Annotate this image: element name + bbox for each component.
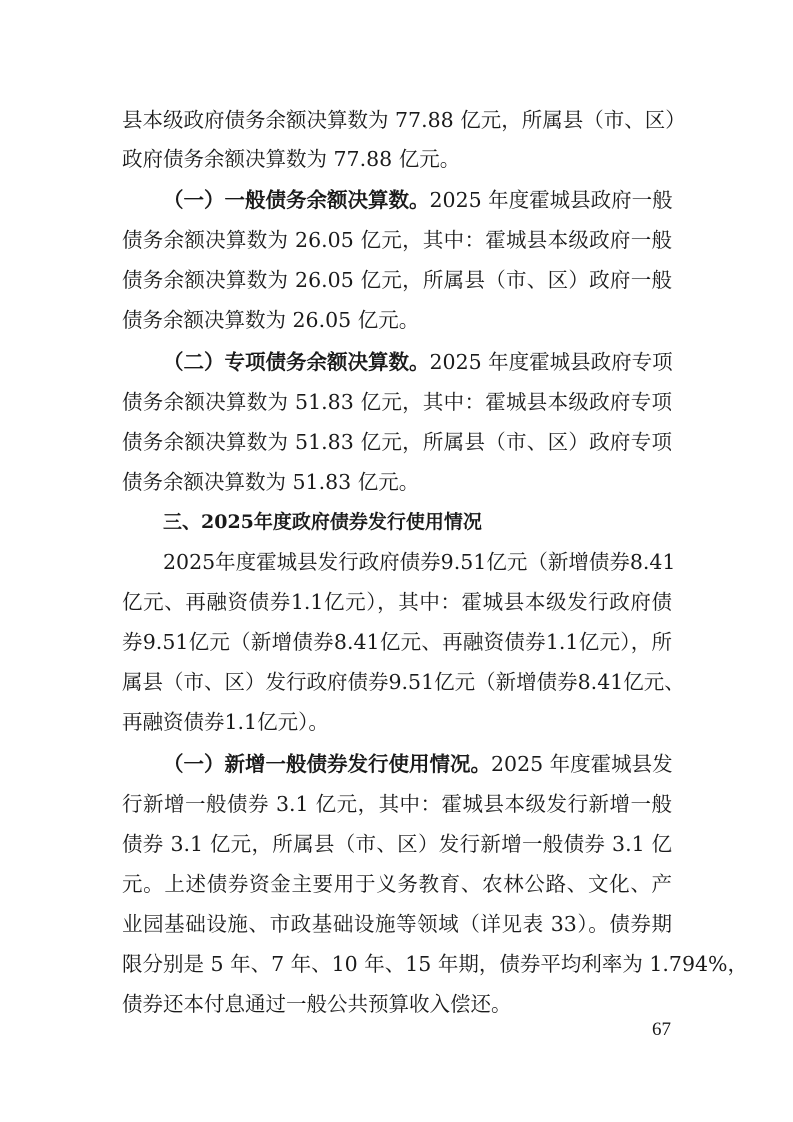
paragraph-line: 限分别是 5 年、7 年、10 年、15 年期，债券平均利率为 1.794%， (122, 950, 672, 978)
subsection-text: 2025 年度霍城县政府专项 (430, 350, 673, 374)
paragraph-line: 债务余额决算数为 51.83 亿元，所属县（市、区）政府专项 (122, 428, 672, 456)
paragraph-line: 债务余额决算数为 26.05 亿元，所属县（市、区）政府一般 (122, 266, 672, 294)
page-number: 67 (652, 1017, 671, 1043)
paragraph-line: 业园基础设施、市政基础设施等领域（详见表 33）。债券期 (122, 910, 672, 938)
paragraph-line: 债务余额决算数为 26.05 亿元，其中：霍城县本级政府一般 (122, 226, 672, 254)
document-page: 县本级政府债务余额决算数为 77.88 亿元，所属县（市、区） 政府债务余额决算… (0, 0, 793, 1122)
subsection-line: （一）新增一般债券发行使用情况。2025 年度霍城县发 (163, 750, 672, 778)
subsection-title-general-debt-balance: （一）一般债务余额决算数。 (163, 188, 430, 212)
paragraph-line: 券9.51亿元（新增债券8.41亿元、再融资债券1.1亿元），所 (122, 628, 672, 656)
subsection-line: （一）一般债务余额决算数。2025 年度霍城县政府一般 (163, 186, 672, 214)
subsection-line: （二）专项债务余额决算数。2025 年度霍城县政府专项 (163, 348, 672, 376)
paragraph-line: 再融资债券1.1亿元）。 (122, 708, 672, 736)
paragraph-line: 2025年度霍城县发行政府债券9.51亿元（新增债券8.41 (163, 548, 672, 576)
paragraph-line: 债务余额决算数为 51.83 亿元。 (122, 468, 672, 496)
subsection-title-special-debt-balance: （二）专项债务余额决算数。 (163, 350, 430, 374)
subsection-title-new-general-bonds: （一）新增一般债券发行使用情况。 (163, 752, 491, 776)
paragraph-line: 属县（市、区）发行政府债券9.51亿元（新增债券8.41亿元、 (122, 668, 672, 696)
subsection-text: 2025 年度霍城县发 (491, 752, 673, 776)
paragraph-line: 债券 3.1 亿元，所属县（市、区）发行新增一般债券 3.1 亿 (122, 830, 672, 858)
paragraph-line: 政府债务余额决算数为 77.88 亿元。 (122, 145, 672, 173)
paragraph-line: 行新增一般债券 3.1 亿元，其中：霍城县本级发行新增一般 (122, 790, 672, 818)
paragraph-line: 县本级政府债务余额决算数为 77.88 亿元，所属县（市、区） (122, 106, 672, 134)
paragraph-line: 债务余额决算数为 26.05 亿元。 (122, 306, 672, 334)
paragraph-line: 亿元、再融资债券1.1亿元），其中：霍城县本级发行政府债 (122, 588, 672, 616)
paragraph-line: 元。上述债券资金主要用于义务教育、农林公路、文化、产 (122, 870, 672, 898)
section-heading: 三、2025年度政府债券发行使用情况 (163, 508, 482, 536)
paragraph-line: 债券还本付息通过一般公共预算收入偿还。 (122, 990, 672, 1018)
paragraph-line: 债务余额决算数为 51.83 亿元，其中：霍城县本级政府专项 (122, 388, 672, 416)
subsection-text: 2025 年度霍城县政府一般 (430, 188, 673, 212)
